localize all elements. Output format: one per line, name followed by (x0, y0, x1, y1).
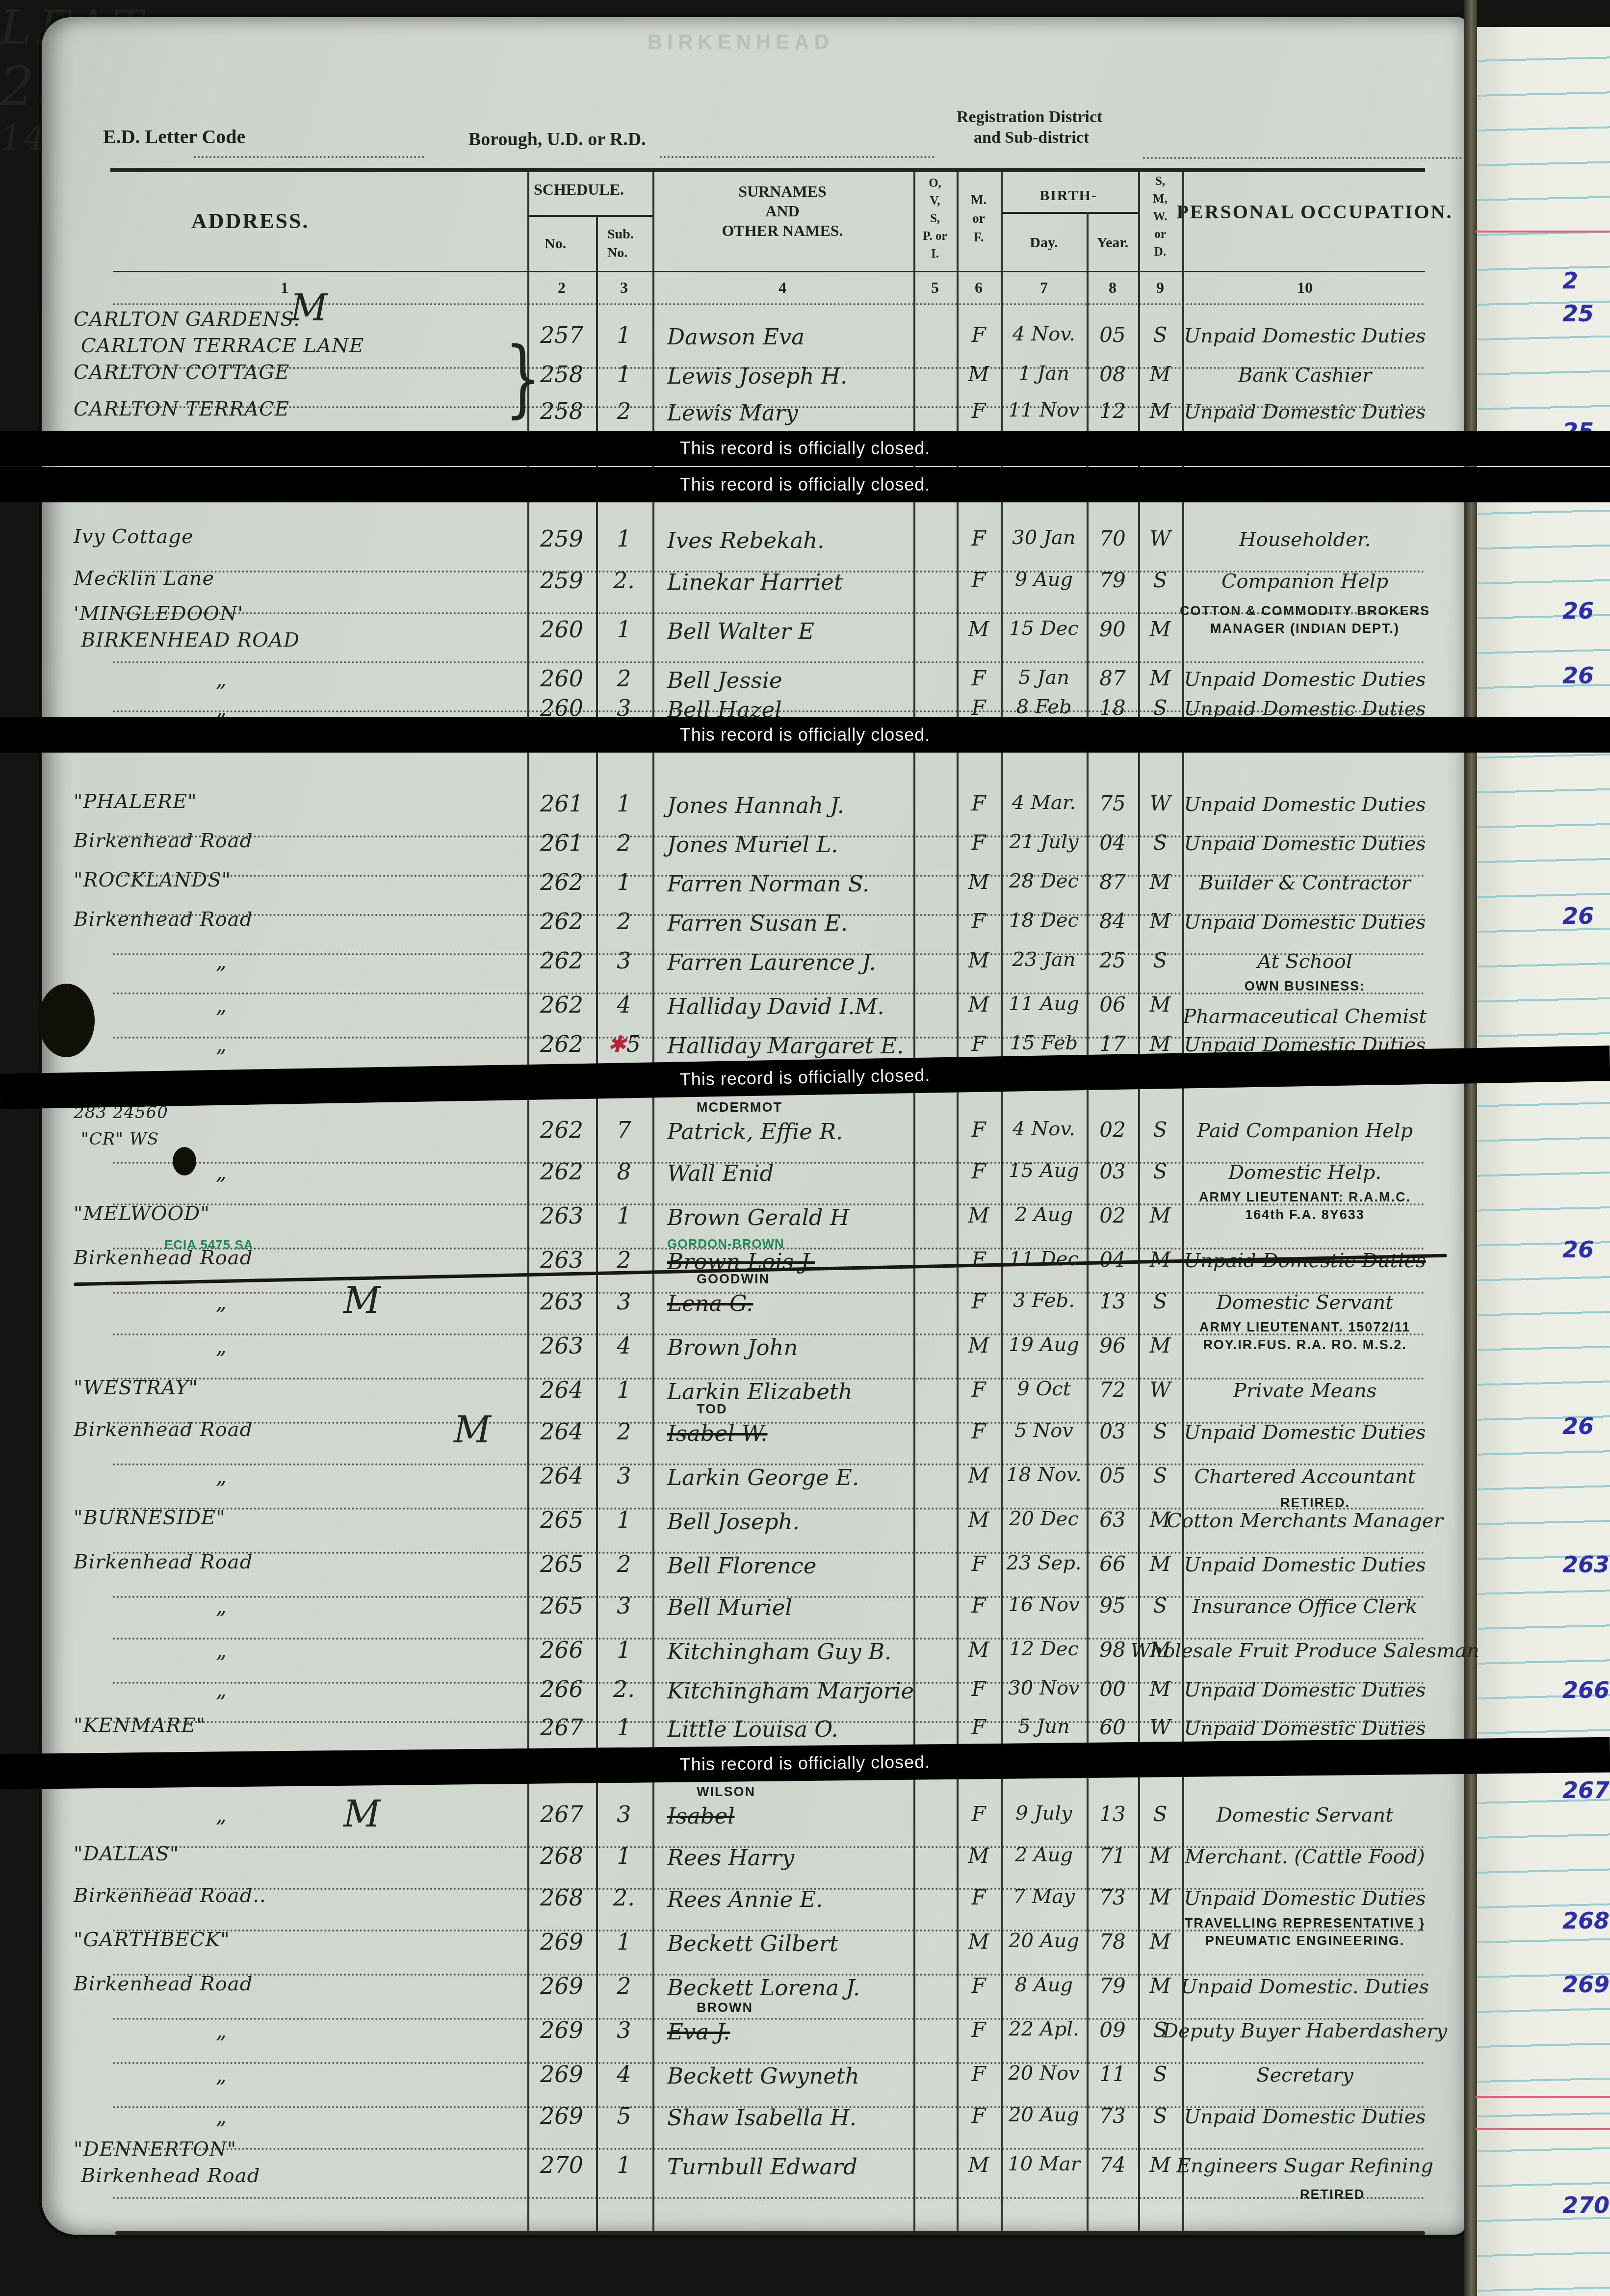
schedule-no-value: 262 (540, 908, 583, 935)
schedule-no-value: 261 (540, 830, 583, 856)
ed-letter-code-label: E.D. Letter Code (103, 125, 245, 148)
birth-day-value: 9 Aug (1015, 568, 1073, 591)
birth-day-value: 11 Nov (1008, 399, 1079, 421)
birth-year-value: 04 (1099, 1248, 1125, 1272)
sex-value: M (968, 2153, 989, 2177)
margin-schedule-number: 266 (1562, 1677, 1610, 1703)
column-number: 1 (281, 279, 288, 297)
person-name: Bell Jessie (667, 667, 782, 693)
row-separator (113, 2197, 1425, 2199)
birth-day-value: 4 Nov. (1013, 323, 1075, 345)
birth-year-value: 12 (1099, 399, 1125, 423)
borough-dotted-line (660, 156, 935, 158)
birth-year-value: 87 (1099, 666, 1125, 690)
occupation-value: Unpaid Domestic Duties (1184, 325, 1426, 347)
person-name: Bell Muriel (667, 1594, 792, 1620)
schedule-sub-value: 2 (617, 665, 631, 692)
birth-day-value: 18 Dec (1009, 909, 1079, 932)
occupation-value: Unpaid Domestic Duties (1184, 401, 1426, 423)
sex-value: M (968, 1203, 989, 1227)
birth-day-value: 23 Sep. (1006, 1552, 1081, 1574)
schedule-sub-value: 3 (617, 2017, 631, 2043)
schedule-sub-value: 3 (617, 947, 631, 974)
surname-stamp: BROWN (697, 2000, 753, 2015)
retired-stamp: RETIRED. (1280, 1495, 1350, 1511)
person-name: Halliday David I.M. (667, 993, 884, 1019)
marital-status-value: M (1149, 617, 1170, 641)
reg-district-label-2: and Sub-district (974, 129, 1089, 147)
address-line-1: Ivy Cottage (74, 525, 194, 548)
address-ditto-mark: „ (216, 1678, 227, 1702)
schedule-no-value: 263 (540, 1332, 583, 1359)
address-line-2: Birkenhead Road (81, 2165, 260, 2187)
col6-header-line: F. (974, 230, 984, 245)
sex-value: F (971, 1715, 986, 1739)
person-name: Little Louisa O. (667, 1716, 838, 1742)
marital-status-value: M (1149, 1552, 1170, 1576)
occupation-stamp-line2: ROY.IR.FUS. R.A. RO. M.S.2. (1203, 1337, 1407, 1353)
margin-schedule-number: 269 (1562, 1971, 1610, 1998)
col5-header-line: O, (929, 177, 941, 190)
birth-year-value: 13 (1099, 1289, 1125, 1313)
sex-value: F (971, 1552, 986, 1576)
schedule-sub-value: 4 (617, 991, 631, 1018)
schedule-sub-value: 4 (617, 1332, 631, 1359)
sex-value: M (968, 362, 989, 386)
birth-day-value: 5 Nov (1014, 1419, 1073, 1442)
birth-year-value: 06 (1099, 992, 1125, 1017)
schedule-sub-value: 2 (617, 1418, 631, 1445)
schedule-sub-value: 2. (613, 1884, 635, 1911)
person-name: Brown Gerald H (667, 1204, 849, 1230)
scanned-register-page: BIRKENHEADE.D. Letter CodeLFATBorough, U… (0, 0, 1610, 2296)
schedule-sub-value: 2 (617, 1551, 631, 1577)
occupation-header: PERSONAL OCCUPATION. (1176, 200, 1453, 223)
schedule-underline (527, 215, 652, 217)
green-annotation: ECIA 5475 SA (164, 1237, 254, 1252)
birth-day-value: 20 Nov (1008, 2062, 1079, 2085)
marital-status-value: W (1149, 1378, 1170, 1402)
person-name: Jones Muriel L. (667, 832, 838, 858)
marital-status-value: W (1149, 1715, 1170, 1739)
address-line-1: "GARTHBECK" (74, 1929, 230, 1951)
margin-schedule-number: 268 (1562, 1907, 1610, 1934)
birth-day-value: 4 Mar. (1012, 791, 1076, 814)
occupation-value: Unpaid Domestic Duties (1184, 1421, 1426, 1444)
address-ditto-mark: „ (216, 1334, 227, 1358)
surnames-header-line: OTHER NAMES. (722, 222, 843, 240)
sex-value: F (971, 1593, 986, 1618)
address-line-1: Birkenhead Road (74, 1418, 253, 1441)
marital-status-value: S (1153, 1593, 1168, 1618)
birth-year-value: 04 (1099, 831, 1125, 855)
person-name: Kitchingham Guy B. (667, 1639, 891, 1665)
person-name: Dawson Eva (667, 324, 805, 350)
margin-schedule-number: 26 (1562, 1413, 1594, 1439)
birth-day-value: 20 Aug (1009, 2104, 1079, 2126)
birth-day-value: 12 Dec (1009, 1638, 1079, 1660)
marital-status-value: M (1149, 1930, 1170, 1954)
schedule-no-value: 263 (540, 1247, 583, 1273)
birth-year-value: 71 (1099, 1844, 1125, 1868)
person-name: Ives Rebekah. (667, 527, 825, 553)
handwritten-annotation: M (343, 1279, 381, 1322)
address-line-1: 'MINGLEDOON' (74, 602, 243, 625)
schedule-no-value: 259 (540, 567, 583, 594)
sex-value: F (971, 1289, 986, 1313)
birth-day-value: 9 Oct (1017, 1378, 1070, 1400)
birth-year-value: 03 (1099, 1419, 1125, 1443)
address-line-1: "KENMARE" (74, 1714, 206, 1737)
schedule-sub-value: 2 (617, 1247, 631, 1273)
schedule-sub-value: 2 (617, 1973, 631, 1999)
birth-year-value: 25 (1099, 948, 1125, 972)
birth-year-value: 02 (1099, 1118, 1125, 1142)
table-bottom-rule (115, 2231, 1425, 2235)
surnames-header-line: AND (765, 202, 799, 220)
occupation-value: Pharmaceutical Chemist (1183, 1005, 1427, 1028)
schedule-no-value: 262 (540, 1031, 583, 1057)
occupation-value: Unpaid Domestic Duties (1184, 833, 1426, 855)
address-ditto-mark: „ (216, 1803, 227, 1827)
birth-year-value: 18 (1099, 696, 1125, 720)
address-line-2: CARLTON TERRACE LANE (81, 335, 364, 357)
birth-day-value: 9 July (1015, 1802, 1072, 1825)
schedule-no-value: 269 (540, 2017, 583, 2043)
address-ditto-mark: „ (216, 1594, 227, 1618)
surname-stamp: WILSON (697, 1784, 755, 1800)
person-name: Jones Hannah J. (667, 792, 844, 818)
occupation-value: Deputy Buyer Haberdashery (1163, 2020, 1447, 2042)
right-page-pink-rule (1476, 2096, 1610, 2098)
closed-record-text: This record is officially closed. (680, 725, 931, 745)
col9-header-line: S, (1155, 175, 1165, 188)
occupation-value: Domestic Servant (1217, 1291, 1394, 1314)
birth-day-value: 21 July (1010, 831, 1079, 853)
birth-day-value: 20 Dec (1009, 1508, 1079, 1530)
address-line-1: CARLTON COTTAGE (74, 361, 289, 384)
schedule-no-value: 268 (540, 1884, 583, 1911)
header-thick-rule (110, 168, 1425, 172)
address-line-2: "CR" WS (81, 1129, 159, 1149)
address-line-1: CARLTON TERRACE (74, 398, 289, 420)
schedule-no-value: 260 (540, 616, 583, 643)
sex-value: F (971, 1248, 986, 1272)
person-name: Wall Enid (667, 1160, 774, 1186)
sex-value: F (971, 1032, 986, 1056)
schedule-sub-value: 3 (617, 1592, 631, 1619)
address-header: ADDRESS. (191, 209, 309, 234)
birth-year-value: 73 (1099, 2104, 1125, 2128)
person-name: Isabel (667, 1803, 735, 1829)
schedule-no-value: 266 (540, 1637, 583, 1663)
birth-day-value: 15 Feb (1010, 1032, 1078, 1054)
birth-year-value: 79 (1099, 1974, 1125, 1998)
schedule-sub-value: 2. (613, 567, 635, 594)
marital-status-value: W (1149, 526, 1170, 550)
address-line-1: Birkenhead Road (74, 830, 253, 852)
birth-year-value: 98 (1099, 1638, 1125, 1662)
schedule-no-value: 260 (540, 665, 583, 692)
schedule-no-value: 264 (540, 1418, 583, 1445)
occupation-stamp-line1: ARMY LIEUTENANT. 15072/11 (1199, 1320, 1411, 1335)
birth-year-value: 11 (1099, 2062, 1125, 2086)
sex-value: F (971, 323, 986, 347)
schedule-no-value: 259 (540, 525, 583, 552)
column-number: 7 (1040, 279, 1048, 297)
address-line-1: Mecklin Lane (74, 567, 214, 590)
sex-value: F (971, 1802, 986, 1826)
birth-year-value: 02 (1099, 1203, 1125, 1227)
occupation-value: Unpaid Domestic Duties (1184, 793, 1426, 816)
birth-year-value: 60 (1099, 1715, 1125, 1739)
surnames-header-line: SURNAMES (738, 183, 827, 201)
sex-value: M (968, 617, 989, 641)
bleedthrough-stamp: BIRKENHEAD (648, 30, 834, 54)
brace-mark: } (504, 330, 542, 427)
col9-header-line: M, (1153, 192, 1168, 206)
person-name: Isabel W. (667, 1420, 768, 1446)
birth-day-value: 30 Jan (1012, 526, 1075, 549)
birth-year-value: 05 (1099, 1463, 1125, 1487)
person-name: Kitchingham Marjorie (667, 1678, 914, 1704)
address-line-1: "PHALERE" (74, 790, 197, 813)
sex-value: F (971, 2018, 986, 2042)
schedule-sub-value: 1 (617, 869, 631, 895)
sex-value: F (971, 568, 986, 592)
schedule-sub-value: 1 (617, 2152, 631, 2178)
birth-year-value: 73 (1099, 1885, 1125, 1909)
occupation-value: Secretary (1256, 2064, 1353, 2087)
birth-year-value: 00 (1099, 1677, 1125, 1701)
row-separator (113, 661, 1425, 663)
birth-day-value: 3 Feb. (1013, 1289, 1075, 1312)
schedule-no-value: 265 (540, 1507, 583, 1533)
table-vertical-line (596, 216, 598, 2231)
margin-schedule-number: 270 (1562, 2192, 1610, 2218)
marital-status-value: S (1153, 1463, 1168, 1487)
schedule-no-value: 267 (540, 1801, 583, 1827)
schedule-no-value: 265 (540, 1551, 583, 1577)
sex-value: F (971, 1974, 986, 1998)
address-line-1: Birkenhead Road (74, 1973, 253, 1995)
marital-status-value: S (1153, 1289, 1168, 1313)
birth-day-value: 15 Aug (1009, 1159, 1079, 1182)
schedule-sub-value: 2 (617, 908, 631, 935)
address-line-1: CARLTON GARDENS. (74, 308, 300, 331)
person-name: Farren Susan E. (667, 910, 848, 936)
birth-day-value: 1 Jan (1018, 362, 1069, 385)
occupation-value: Builder & Contractor (1199, 872, 1410, 894)
birth-year-value: 63 (1099, 1508, 1125, 1532)
birth-underline (1001, 212, 1138, 214)
schedule-no-value: 261 (540, 790, 583, 817)
person-name: Lewis Joseph H. (667, 363, 847, 389)
marital-status-value: S (1153, 2062, 1168, 2086)
schedule-no-header: No. (545, 235, 566, 252)
birth-day-value: 4 Nov. (1013, 1118, 1075, 1140)
schedule-no-value: 263 (540, 1288, 583, 1315)
address-ditto-mark: „ (216, 2105, 227, 2129)
sex-value: F (971, 831, 986, 855)
marital-status-value: M (1149, 1885, 1170, 1909)
surname-stamp: GOODWIN (697, 1272, 770, 1287)
person-name: Larkin Elizabeth (667, 1379, 853, 1405)
column-number: 6 (975, 279, 983, 297)
column-number: 8 (1109, 279, 1117, 297)
occupation-value: Engineers Sugar Refining (1176, 2155, 1433, 2177)
address-ditto-mark: „ (216, 1464, 227, 1488)
column-number: 5 (931, 279, 939, 297)
schedule-sub-value: 2. (613, 1676, 635, 1702)
schedule-no-value: 263 (540, 1202, 583, 1229)
sex-value: F (971, 2062, 986, 2086)
schedule-no-value: 265 (540, 1592, 583, 1619)
sex-value: F (971, 1159, 986, 1183)
sex-value: M (968, 1463, 989, 1487)
occupation-value: Unpaid Domestic Duties (1184, 911, 1426, 934)
col5-header-line: V, (930, 194, 940, 208)
person-name: Bell Florence (667, 1553, 816, 1579)
schedule-sub-value: 2 (617, 398, 631, 424)
birth-year-value: 70 (1099, 526, 1125, 550)
birth-year-value: 78 (1099, 1930, 1125, 1954)
closed-record-text: This record is officially closed. (680, 1751, 931, 1774)
occupation-stamp-line1: TRAVELLING REPRESENTATIVE } (1185, 1916, 1426, 1931)
handwritten-annotation: M (343, 1793, 381, 1835)
marital-status-value: S (1153, 696, 1168, 720)
schedule-sub-value: 1 (617, 1714, 631, 1741)
person-name: Lewis Mary (667, 400, 798, 426)
marital-status-value: W (1149, 791, 1170, 815)
closed-record-text: This record is officially closed. (679, 1065, 930, 1090)
birth-year-value: 75 (1099, 791, 1125, 815)
handwritten-annotation: M (454, 1409, 491, 1451)
occupation-stamp-line1: COTTON & COMMODITY BROKERS (1180, 603, 1430, 619)
schedule-sub-value: 7 (617, 1117, 631, 1143)
address-ditto-mark: „ (216, 2063, 227, 2087)
schedule-no-value: 264 (540, 1462, 583, 1489)
person-name: Rees Harry (667, 1845, 794, 1871)
marital-status-value: M (1149, 1844, 1170, 1868)
birth-day-value: 16 Nov (1008, 1593, 1079, 1616)
birth-day-value: 10 Mar (1008, 2153, 1080, 2175)
closed-record-bar: This record is officially closed. (0, 467, 1610, 502)
person-name: Beckett Gwyneth (667, 2063, 859, 2089)
red-asterisk-mark: ✱ (607, 1031, 626, 1057)
schedule-no-value: 269 (540, 1929, 583, 1955)
occupation-value: Householder. (1239, 528, 1371, 551)
birth-year-value: 13 (1099, 1802, 1125, 1826)
closed-record-bar: This record is officially closed. (0, 431, 1610, 466)
sex-value: F (971, 1677, 986, 1701)
surname-stamp: TOD (697, 1402, 727, 1417)
sex-value: F (971, 1419, 986, 1443)
margin-schedule-number: 26 (1562, 1236, 1594, 1263)
occupation-value: Paid Companion Help (1197, 1120, 1413, 1142)
borough-label: Borough, U.D. or R.D. (468, 129, 646, 150)
schedule-sub-value: 1 (617, 525, 631, 552)
occupation-stamp-line2: 164th F.A. 8Y633 (1245, 1207, 1365, 1223)
birth-year-value: 05 (1099, 323, 1125, 347)
schedule-sub-value: ✱5 (607, 1031, 641, 1057)
schedule-sub-value: 1 (617, 322, 631, 348)
occupation-value: Unpaid Domestic Duties (1184, 668, 1426, 691)
address-line-1: Birkenhead Road (74, 908, 253, 931)
person-name: Rees Annie E. (667, 1886, 823, 1912)
schedule-sub-value: 1 (617, 790, 631, 817)
sex-value: F (971, 1118, 986, 1142)
person-name: Beckett Gilbert (667, 1931, 838, 1957)
occupation-value: Private Means (1233, 1380, 1377, 1402)
person-name: Larkin George E. (667, 1464, 859, 1490)
person-name: Lena G. (667, 1290, 753, 1316)
person-name: Brown John (667, 1334, 798, 1360)
handwritten-annotation: M (290, 287, 328, 329)
column-number: 9 (1156, 279, 1164, 297)
occupation-value: Unpaid Domestic Duties (1184, 1887, 1426, 1910)
birth-year-value: 96 (1099, 1333, 1125, 1357)
address-ditto-mark: „ (216, 1290, 227, 1314)
schedule-no-value: 262 (540, 1158, 583, 1185)
occupation-stamp-line1: OWN BUSINESS: (1245, 979, 1366, 994)
address-line-1: "WESTRAY" (74, 1377, 198, 1399)
marital-status-value: S (1153, 2104, 1168, 2128)
sex-value: F (971, 666, 986, 690)
birth-year-value: 90 (1099, 617, 1125, 641)
address-line-1: Birkenhead Road.. (74, 1884, 266, 1907)
birth-header: BIRTH- (1039, 187, 1097, 204)
sex-value: M (968, 1508, 989, 1532)
birth-year-value: 09 (1099, 2018, 1125, 2042)
occupation-stamp-line2: MANAGER (INDIAN DEPT.) (1210, 621, 1400, 636)
marital-status-value: S (1153, 323, 1168, 347)
schedule-no-value: 268 (540, 1843, 583, 1869)
person-name: Halliday Margaret E. (667, 1033, 904, 1059)
closed-record-text: This record is officially closed. (680, 474, 931, 495)
schedule-sub-value: 1 (617, 1843, 631, 1869)
birth-year-value: 79 (1099, 568, 1125, 592)
schedule-sub-value: 1 (617, 1377, 631, 1403)
right-page-pink-rule (1476, 231, 1610, 233)
marital-status-value: M (1149, 1677, 1170, 1701)
occupation-value: Companion Help (1221, 570, 1388, 593)
address-line-1: "DALLAS" (74, 1843, 179, 1865)
margin-schedule-number: 26 (1562, 662, 1594, 689)
birth-day-value: 30 Nov (1008, 1677, 1079, 1699)
sex-value: F (971, 1378, 986, 1402)
birth-year-value: 87 (1099, 870, 1125, 894)
column-number: 4 (779, 279, 786, 297)
sex-value: M (968, 1638, 989, 1662)
marital-status-value: M (1149, 399, 1170, 423)
adjacent-notebook-page (1476, 27, 1610, 2296)
green-annotation: GORDON-BROWN (667, 1236, 784, 1252)
book-spine-gap (1464, 0, 1477, 2296)
surname-stamp: MCDERMOT (697, 1100, 782, 1115)
margin-schedule-number: 267 (1562, 1777, 1610, 1803)
right-page-pink-rule (1476, 2128, 1610, 2130)
birth-day-value: 7 May (1013, 1885, 1075, 1908)
marital-status-value: M (1149, 1333, 1170, 1357)
birth-day-value: 8 Feb (1016, 696, 1071, 718)
sex-value: F (971, 2104, 986, 2128)
closed-record-text: This record is officially closed. (680, 438, 931, 459)
sex-value: F (971, 791, 986, 815)
birth-day-value: 2 Aug (1015, 1203, 1073, 1226)
header-bottom-rule (113, 271, 1425, 272)
address-line-1: "DENNERTON" (74, 2138, 236, 2161)
